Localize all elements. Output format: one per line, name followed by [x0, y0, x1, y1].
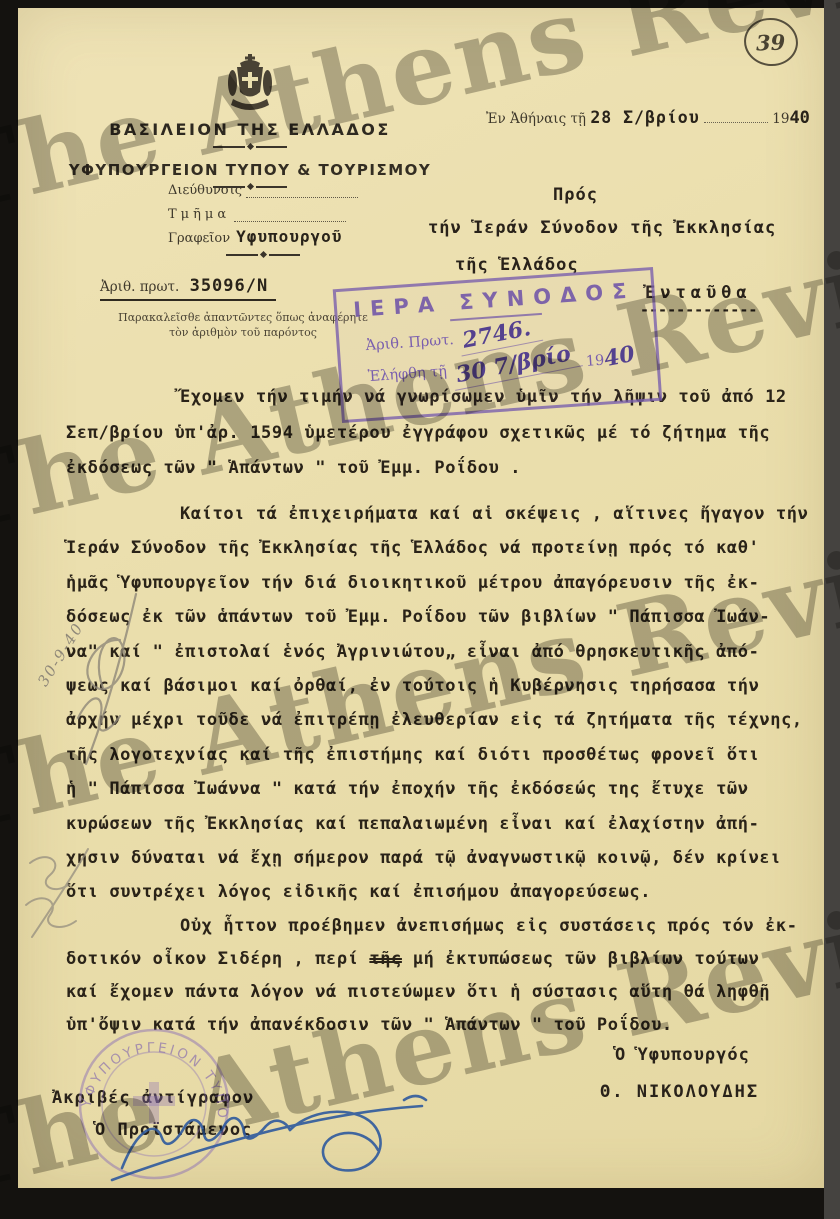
body-line: ψεως καί βάσιμοι καί ὀρθαί, ἐν τούτοις ἡ… — [66, 669, 826, 703]
department-row: Τμῆμα — [168, 198, 358, 222]
office-row: Γραφεῖον Υφυπουργοῦ — [168, 222, 358, 246]
dateline-year-printed: 19 — [772, 111, 789, 127]
department-label: Τμῆμα — [168, 207, 230, 222]
paragraph-2: Καίτοι τά ἐπιχειρήματα καί αἱ σκέψεις , … — [66, 497, 826, 910]
signatory-title: Ὁ Ὑφυπουργός — [615, 1045, 750, 1065]
body-line: χησιν δύναται νά ἔχῃ σήμερον παρά τῷ ἀνα… — [66, 841, 826, 875]
ornament-divider — [213, 144, 287, 149]
document-page: 39 ΒΑΣΙΛΕΙΟΝ ΤΗΣ ΕΛΛΑΔΟΣ ΥΦΥΠΟΥΡΓΕΙΟΝ ΤΥ… — [18, 8, 824, 1188]
letterhead-form: Διεύθυνσις Τμῆμα Γραφεῖον Υφυπουργοῦ — [168, 174, 358, 257]
recipient-line2: τῆς Ἑλλάδος — [455, 255, 579, 275]
protocol-row: Ἀριθ. πρωτ. 35096/Ν — [100, 276, 276, 301]
recipient-here: Ἐνταῦθα — [645, 283, 752, 303]
recipient-underline: ------------- — [640, 301, 757, 319]
body-line: να" καί " ἐπιστολαί ἑνός Ἀγρινιώτου„ εἶν… — [66, 635, 826, 669]
body-line: ἡμᾶς Ὑφυπουργεῖον τήν διά διοικητικοῦ μέ… — [66, 566, 826, 600]
stamp-year-printed: 19 — [585, 353, 605, 370]
stamp-protocol-label: Ἀριθ. Πρωτ. — [365, 332, 454, 354]
body-line: ἐκδόσεως τῶν " Ἁπάντων " τοῦ Ἐμμ. Ροΐδου… — [66, 451, 826, 487]
ornament-divider — [226, 252, 300, 257]
body-line: ὅτι συντρέχει λόγος εἰδικῆς καί ἐπισήμου… — [66, 875, 826, 909]
margin-scribble — [18, 841, 98, 941]
handwritten-signature — [104, 1074, 464, 1192]
page-number: 39 — [756, 29, 786, 55]
protocol-number: 35096/Ν — [190, 276, 269, 296]
kingdom-title: ΒΑΣΙΛΕΙΟΝ ΤΗΣ ΕΛΛΑΔΟΣ — [48, 120, 452, 139]
recipient-to: Πρός — [553, 185, 598, 205]
office-label: Γραφεῖον — [168, 231, 230, 246]
body-line: καί ἔχομεν πάντα λόγον νά πιστεύωμεν ὅτι… — [66, 976, 826, 1009]
page-number-annotation: 39 — [741, 15, 800, 69]
stamp-year-written: 40 — [602, 341, 637, 372]
struck-word: τῆς — [369, 949, 402, 969]
blank-line — [246, 184, 358, 198]
dateline-date: 28 Σ/βρίου — [590, 108, 699, 127]
direction-row: Διεύθυνσις — [168, 174, 358, 198]
stamp-received-label: Ἐλήφθη τῇ — [367, 364, 447, 385]
body-line: δόσεως ἐκ τῶν ἁπάντων τοῦ Ἐμμ. Ροΐδου τῶ… — [66, 600, 826, 634]
office-value: Υφυπουργοῦ — [236, 227, 342, 246]
body-text: δοτικόν οἶκον Σιδέρη , περί — [66, 949, 369, 969]
blank-line — [234, 208, 346, 222]
dateline-year-typed: 40 — [789, 108, 809, 128]
signatory-name: Θ. ΝΙΚΟΛΟΥΔΗΣ — [600, 1082, 759, 1102]
protocol-label: Ἀριθ. πρωτ. — [100, 279, 179, 295]
margin-initials-scribble — [48, 566, 158, 781]
dateline-leader — [704, 110, 768, 123]
body-line: Σεπ/βρίου ὑπ'ἀρ. 1594 ὑμετέρου ἐγγράφου … — [66, 416, 826, 452]
dateline-place: Ἐν Ἀθήναις τῇ — [486, 111, 586, 127]
recipient-line1: τήν Ἱεράν Σύνοδον τῆς Ἐκκλησίας — [428, 218, 776, 238]
body-line: κυρώσεων τῆς Ἐκκλησίας καί πεπαλαιωμένη … — [66, 807, 826, 841]
dateline: Ἐν Ἀθήναις τῇ 28 Σ/βρίου 1940 — [486, 108, 810, 128]
body-line: δοτικόν οἶκον Σιδέρη , περί τῆς μή ἐκτυπ… — [66, 943, 826, 976]
reply-note-line2: τὸν ἀριθμὸν τοῦ παρόντος — [113, 325, 373, 340]
coat-of-arms-icon — [225, 54, 275, 112]
body-line: τῆς λογοτεχνίας καί τῆς ἐπιστήμης καί δι… — [66, 738, 826, 772]
letterhead: ΒΑΣΙΛΕΙΟΝ ΤΗΣ ΕΛΛΑΔΟΣ ΥΦΥΠΟΥΡΓΕΙΟΝ ΤΥΠΟΥ… — [48, 54, 452, 189]
body-line: ἡ " Πάπισσα Ἰωάννα " κατά τήν ἐποχήν τῆς… — [66, 772, 826, 806]
scan-edge — [824, 0, 840, 1219]
direction-label: Διεύθυνσις — [168, 183, 242, 198]
body-line: Οὐχ ἧττον προέβημεν ἀνεπισήμως εἰς συστά… — [66, 910, 826, 943]
body-text: μή ἐκτυπώσεως τῶν βιβλίων τούτων — [402, 949, 760, 969]
body-line: Ἱεράν Σύνοδον τῆς Ἐκκλησίας τῆς Ἑλλάδος … — [66, 531, 826, 565]
scanned-document: 39 ΒΑΣΙΛΕΙΟΝ ΤΗΣ ΕΛΛΑΔΟΣ ΥΦΥΠΟΥΡΓΕΙΟΝ ΤΥ… — [0, 0, 840, 1219]
body-line: Καίτοι τά ἐπιχειρήματα καί αἱ σκέψεις , … — [66, 497, 826, 531]
received-stamp: ΙΕΡΑ ΣΥΝΟΔΟΣ Ἀριθ. Πρωτ. 2746. Ἐλήφθη τῇ… — [333, 267, 663, 423]
body-line: ἀρχήν μέχρι τοῦδε νά ἐπιτρέπῃ ἐλευθερίαν… — [66, 703, 826, 737]
